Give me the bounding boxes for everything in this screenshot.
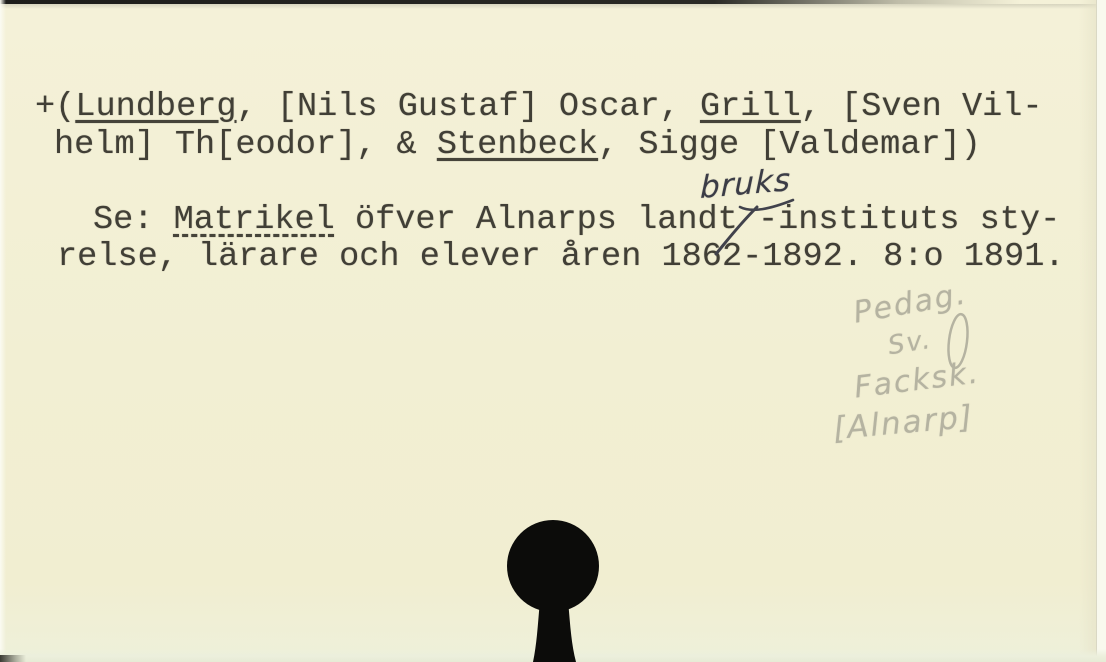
card-right-edge-band — [1079, 0, 1097, 662]
card-right-edge — [1096, 0, 1106, 662]
entry-prefix: +( — [35, 88, 75, 126]
see-reference-label: Se: — [93, 201, 174, 239]
pencil-note-sv: Sv. — [886, 325, 934, 362]
punch-hole — [507, 520, 599, 662]
entry-names-end: , [Sven Vil- — [801, 88, 1043, 126]
bottom-left-smudge — [0, 655, 26, 662]
card-top-edge — [0, 4, 1106, 9]
entry-continuation: helm] Th[eodor], & — [54, 126, 437, 164]
catalog-card-scan: +(Lundberg, [Nils Gustaf] Oscar, Grill, … — [0, 0, 1106, 662]
typewritten-line-2: helm] Th[eodor], & Stenbeck, Sigge [Vald… — [54, 129, 981, 163]
surname-grill: Grill — [700, 88, 801, 126]
entry-continuation-end: , Sigge [Valdemar]) — [598, 126, 981, 164]
title-text-final: relse, lärare och elever åren 1862-1892.… — [57, 238, 1065, 276]
title-text-middle: öfver Alnarps landt — [335, 201, 738, 239]
title-text-end: -instituts sty- — [738, 201, 1060, 239]
pencil-note-alnarp: [Alnarp] — [832, 399, 976, 447]
pencil-note-facksk: Facksk. — [852, 355, 981, 405]
typewritten-line-3: Se: Matrikel öfver Alnarps landt -instit… — [93, 204, 1060, 238]
ink-insertion-annotation: bruks — [700, 162, 791, 206]
entry-names-middle: , [Nils Gustaf] Oscar, — [237, 88, 700, 126]
typewritten-line-4: relse, lärare och elever åren 1862-1892.… — [57, 241, 1065, 275]
pencil-note-pedag: Pedag. — [851, 276, 970, 330]
surname-lundberg: Lundberg — [75, 88, 236, 126]
surname-stenbeck: Stenbeck — [437, 126, 598, 164]
card-bottom-edge — [0, 649, 1106, 662]
referenced-title-matrikel: Matrikel — [174, 201, 335, 239]
card-left-edge — [0, 0, 6, 662]
typewritten-line-1: +(Lundberg, [Nils Gustaf] Oscar, Grill, … — [35, 91, 1043, 125]
